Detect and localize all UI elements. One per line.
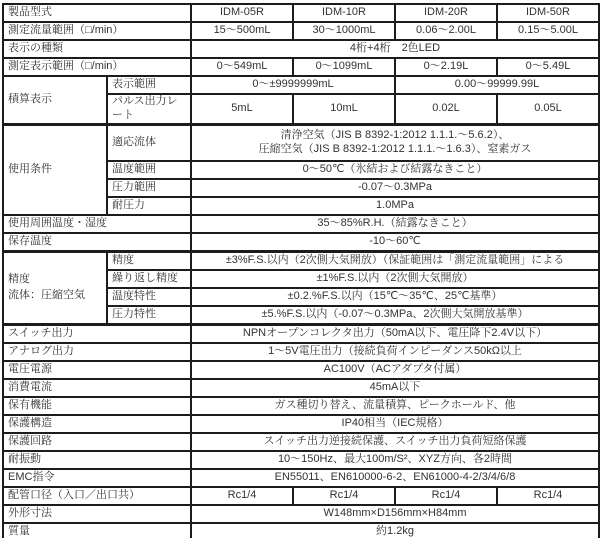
pressure-range-label: 圧力範囲: [107, 179, 191, 197]
functions-label: 保有機能: [3, 397, 191, 415]
pressure-characteristics-label: 圧力特性: [107, 306, 191, 325]
spec-table: 製品型式 IDM-05R IDM-10R IDM-20R IDM-50R 測定流…: [2, 3, 600, 538]
row-display-range: 測定表示範囲（□/min） 0～549mL 0～1099mL 0～2.19L 0…: [3, 58, 599, 76]
pulse-rate-value: 0.02L: [395, 94, 497, 124]
proof-pressure-label: 耐圧力: [107, 197, 191, 215]
current-consumption-value: 45mA以下: [191, 379, 599, 397]
proof-pressure-value: 1.0MPa: [191, 197, 599, 215]
display-range-value: 0～5.49L: [497, 58, 599, 76]
row-emc: EMC指令 EN55011、EN610000-6-2、EN61000-4-2/3…: [3, 469, 599, 487]
fluid-value: 清浄空気（JIS B 8392-1:2012 1.1.1.～5.6.2）、 圧縮…: [191, 124, 599, 161]
pipe-size-value: Rc1/4: [395, 487, 497, 505]
row-protection-structure: 保護構造 IP40相当（IEC規格）: [3, 415, 599, 433]
totalizer-display-value: 0.00～99999.99L: [395, 76, 599, 94]
model-value: IDM-05R: [191, 4, 293, 22]
analog-output-value: 1～5V電圧出力（接続負荷インピーダンス50kΩ以上: [191, 343, 599, 361]
accuracy-group-line2: 流体：圧縮空気: [8, 288, 102, 304]
accuracy-group-label: 精度 流体：圧縮空気: [3, 251, 107, 324]
ambient-value: 35～85%R.H.（結露なきこと）: [191, 215, 599, 233]
row-accuracy: 精度 流体：圧縮空気 精度 ±3%F.S.以内（2次側大気開放）（保証範囲は「測…: [3, 251, 599, 270]
display-range-label: 測定表示範囲（□/min）: [3, 58, 191, 76]
dimensions-label: 外形寸法: [3, 505, 191, 523]
pipe-size-value: Rc1/4: [497, 487, 599, 505]
current-consumption-label: 消費電流: [3, 379, 191, 397]
temp-characteristics-label: 温度特性: [107, 288, 191, 306]
protection-circuit-value: スイッチ出力逆接続保護、スイッチ出力負荷短絡保護: [191, 433, 599, 451]
model-value: IDM-50R: [497, 4, 599, 22]
vibration-label: 耐振動: [3, 451, 191, 469]
display-type-value: 4桁+4桁 2色LED: [191, 40, 599, 58]
flow-range-value: 30～1000mL: [293, 22, 395, 40]
emc-value: EN55011、EN610000-6-2、EN61000-4-2/3/4/6/8: [191, 469, 599, 487]
conditions-group-label: 使用条件: [3, 124, 107, 215]
ambient-label: 使用周囲温度・湿度: [3, 215, 191, 233]
power-supply-label: 電圧電源: [3, 361, 191, 379]
pipe-size-value: Rc1/4: [191, 487, 293, 505]
flow-range-label: 測定流量範囲（□/min）: [3, 22, 191, 40]
model-value: IDM-20R: [395, 4, 497, 22]
switch-output-label: スイッチ出力: [3, 324, 191, 343]
pipe-size-value: Rc1/4: [293, 487, 395, 505]
row-functions: 保有機能 ガス種切り替え、流量積算、ピークホールド、他: [3, 397, 599, 415]
dimensions-value: W148mm×D156mm×H84mm: [191, 505, 599, 523]
totalizer-display-value: 0～±9999999mL: [191, 76, 395, 94]
row-storage-temp: 保存温度 -10～60℃: [3, 233, 599, 252]
row-flow-range: 測定流量範囲（□/min） 15～500mL 30～1000mL 0.06～2.…: [3, 22, 599, 40]
row-vibration: 耐振動 10～150Hz、最大100m/S²、XYZ方向、各2時間: [3, 451, 599, 469]
power-supply-value: AC100V（ACアダプタ付属）: [191, 361, 599, 379]
protection-structure-label: 保護構造: [3, 415, 191, 433]
flow-range-value: 0.06～2.00L: [395, 22, 497, 40]
model-label: 製品型式: [3, 4, 191, 22]
repeatability-value: ±1%F.S.以内（2次側大気開放）: [191, 270, 599, 288]
protection-circuit-label: 保護回路: [3, 433, 191, 451]
display-range-value: 0～1099mL: [293, 58, 395, 76]
flow-range-value: 0.15～5.00L: [497, 22, 599, 40]
accuracy-value: ±3%F.S.以内（2次側大気開放）（保証範囲は「測定流量範囲」による: [191, 251, 599, 270]
row-analog-output: アナログ出力 1～5V電圧出力（接続負荷インピーダンス50kΩ以上: [3, 343, 599, 361]
pulse-rate-value: 0.05L: [497, 94, 599, 124]
pressure-range-value: -0.07～0.3MPa: [191, 179, 599, 197]
analog-output-label: アナログ出力: [3, 343, 191, 361]
accuracy-group-line1: 精度: [8, 272, 102, 288]
row-weight: 質量 約1.2kg: [3, 523, 599, 538]
row-dimensions: 外形寸法 W148mm×D156mm×H84mm: [3, 505, 599, 523]
row-fluid: 使用条件 適応流体 清浄空気（JIS B 8392-1:2012 1.1.1.～…: [3, 124, 599, 161]
pressure-characteristics-value: ±5.%F.S.以内（-0.07～0.3MPa、2次側大気開放基準）: [191, 306, 599, 325]
temp-range-value: 0～50℃（氷結および結露なきこと）: [191, 161, 599, 179]
pulse-rate-value: 10mL: [293, 94, 395, 124]
row-power-supply: 電圧電源 AC100V（ACアダプタ付属）: [3, 361, 599, 379]
totalizer-group-label: 積算表示: [3, 76, 107, 124]
totalizer-display-label: 表示範囲: [107, 76, 191, 94]
emc-label: EMC指令: [3, 469, 191, 487]
accuracy-label: 精度: [107, 251, 191, 270]
temp-range-label: 温度範囲: [107, 161, 191, 179]
switch-output-value: NPNオープンコレクタ出力（50mA以下、電圧降下2.4V以下）: [191, 324, 599, 343]
repeatability-label: 繰り返し精度: [107, 270, 191, 288]
row-pipe-size: 配管口径（入口／出口共） Rc1/4 Rc1/4 Rc1/4 Rc1/4: [3, 487, 599, 505]
protection-structure-value: IP40相当（IEC規格）: [191, 415, 599, 433]
row-model: 製品型式 IDM-05R IDM-10R IDM-20R IDM-50R: [3, 4, 599, 22]
row-display-type: 表示の種類 4桁+4桁 2色LED: [3, 40, 599, 58]
storage-temp-label: 保存温度: [3, 233, 191, 252]
pulse-rate-value: 5mL: [191, 94, 293, 124]
row-current-consumption: 消費電流 45mA以下: [3, 379, 599, 397]
row-ambient: 使用周囲温度・湿度 35～85%R.H.（結露なきこと）: [3, 215, 599, 233]
display-type-label: 表示の種類: [3, 40, 191, 58]
storage-temp-value: -10～60℃: [191, 233, 599, 252]
functions-value: ガス種切り替え、流量積算、ピークホールド、他: [191, 397, 599, 415]
model-value: IDM-10R: [293, 4, 395, 22]
temp-characteristics-value: ±0.2.%F.S.以内（15℃～35℃、25℃基準）: [191, 288, 599, 306]
display-range-value: 0～2.19L: [395, 58, 497, 76]
pulse-rate-label: パルス出力レート: [107, 94, 191, 124]
display-range-value: 0～549mL: [191, 58, 293, 76]
row-switch-output: スイッチ出力 NPNオープンコレクタ出力（50mA以下、電圧降下2.4V以下）: [3, 324, 599, 343]
row-protection-circuit: 保護回路 スイッチ出力逆接続保護、スイッチ出力負荷短絡保護: [3, 433, 599, 451]
pipe-size-label: 配管口径（入口／出口共）: [3, 487, 191, 505]
weight-value: 約1.2kg: [191, 523, 599, 538]
flow-range-value: 15～500mL: [191, 22, 293, 40]
fluid-label: 適応流体: [107, 124, 191, 161]
weight-label: 質量: [3, 523, 191, 538]
row-totalizer-display: 積算表示 表示範囲 0～±9999999mL 0.00～99999.99L: [3, 76, 599, 94]
vibration-value: 10～150Hz、最大100m/S²、XYZ方向、各2時間: [191, 451, 599, 469]
